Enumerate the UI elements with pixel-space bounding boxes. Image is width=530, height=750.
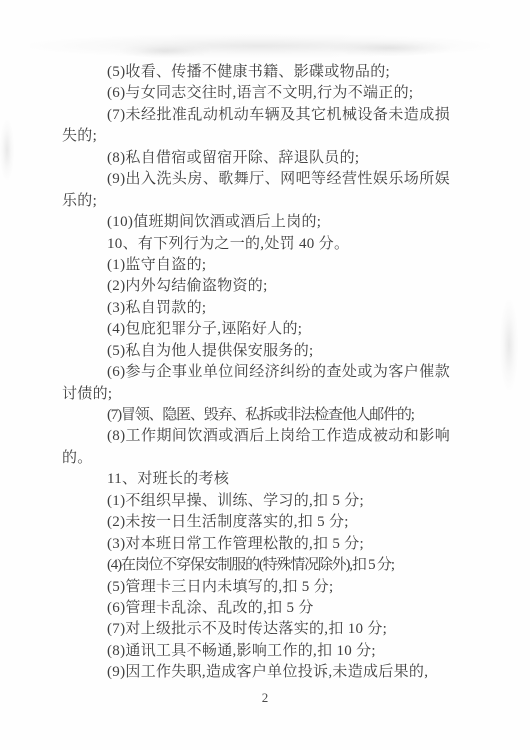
text-line: (10)值班期间饮酒或酒后上岗的; — [62, 212, 450, 233]
document-body: (5)收看、传播不健康书籍、影碟或物品的;(6)与女同志交往时,语言不文明,行为… — [62, 62, 450, 684]
text-line: (6)管理卡乱涂、乱改的,扣 5 分 — [62, 598, 450, 619]
text-line: (8)私自借宿或留宿开除、辞退队员的; — [62, 148, 450, 169]
text-line: 10、有下列行为之一的,处罚 40 分。 — [62, 234, 450, 255]
text-line: 乐的; — [62, 191, 450, 212]
text-line: (8)通讯工具不畅通,影响工作的,扣 10 分; — [62, 641, 450, 662]
text-line: (1)不组织早操、训练、学习的,扣 5 分; — [62, 491, 450, 512]
text-line: (2)内外勾结偷盗物资的; — [62, 276, 450, 297]
text-line: 失的; — [62, 126, 450, 147]
text-line: 讨债的; — [62, 384, 450, 405]
scan-artifact — [330, 40, 450, 56]
scan-artifact — [0, 120, 14, 180]
text-line: (6)与女同志交往时,语言不文明,行为不端正的; — [62, 83, 450, 104]
text-line: (7)未经批准乱动机动车辆及其它机械设备未造成损 — [62, 105, 450, 126]
text-line: (9)因工作失职,造成客户单位投诉,未造成后果的, — [62, 662, 450, 683]
text-line: (8)工作期间饮酒或酒后上岗给工作造成被动和影响 — [62, 426, 450, 447]
document-page: (5)收看、传播不健康书籍、影碟或物品的;(6)与女同志交往时,语言不文明,行为… — [0, 0, 530, 750]
text-line: (3)私自罚款的; — [62, 298, 450, 319]
text-line: (5)私自为他人提供保安服务的; — [62, 341, 450, 362]
text-line: (9)出入洗头房、歌舞厅、网吧等经营性娱乐场所娱 — [62, 169, 450, 190]
text-line: (5)管理卡三日内未填写的,扣 5 分; — [62, 577, 450, 598]
text-line: 的。 — [62, 448, 450, 469]
scan-artifact — [500, 300, 518, 390]
text-line: (7)对上级批示不及时传达落实的,扣 10 分; — [62, 619, 450, 640]
page-number: 2 — [0, 690, 530, 706]
text-line: 11、对班长的考核 — [62, 469, 450, 490]
scan-artifact — [30, 34, 490, 58]
text-line: (3)对本班日常工作管理松散的,扣 5 分; — [62, 534, 450, 555]
text-line: (4)在岗位不穿保安制服的(特殊情况除外),扣 5 分; — [62, 555, 450, 576]
text-line: (1)监守自盗的; — [62, 255, 450, 276]
text-line: (4)包庇犯罪分子,诬陷好人的; — [62, 319, 450, 340]
text-line: (7)冒领、隐匿、毁弃、私拆或非法检查他人邮件的; — [62, 405, 450, 426]
text-line: (5)收看、传播不健康书籍、影碟或物品的; — [62, 62, 450, 83]
scan-artifact — [120, 44, 210, 58]
text-line: (2)未按一日生活制度落实的,扣 5 分; — [62, 512, 450, 533]
text-line: (6)参与企事业单位间经济纠纷的查处或为客户催款 — [62, 362, 450, 383]
